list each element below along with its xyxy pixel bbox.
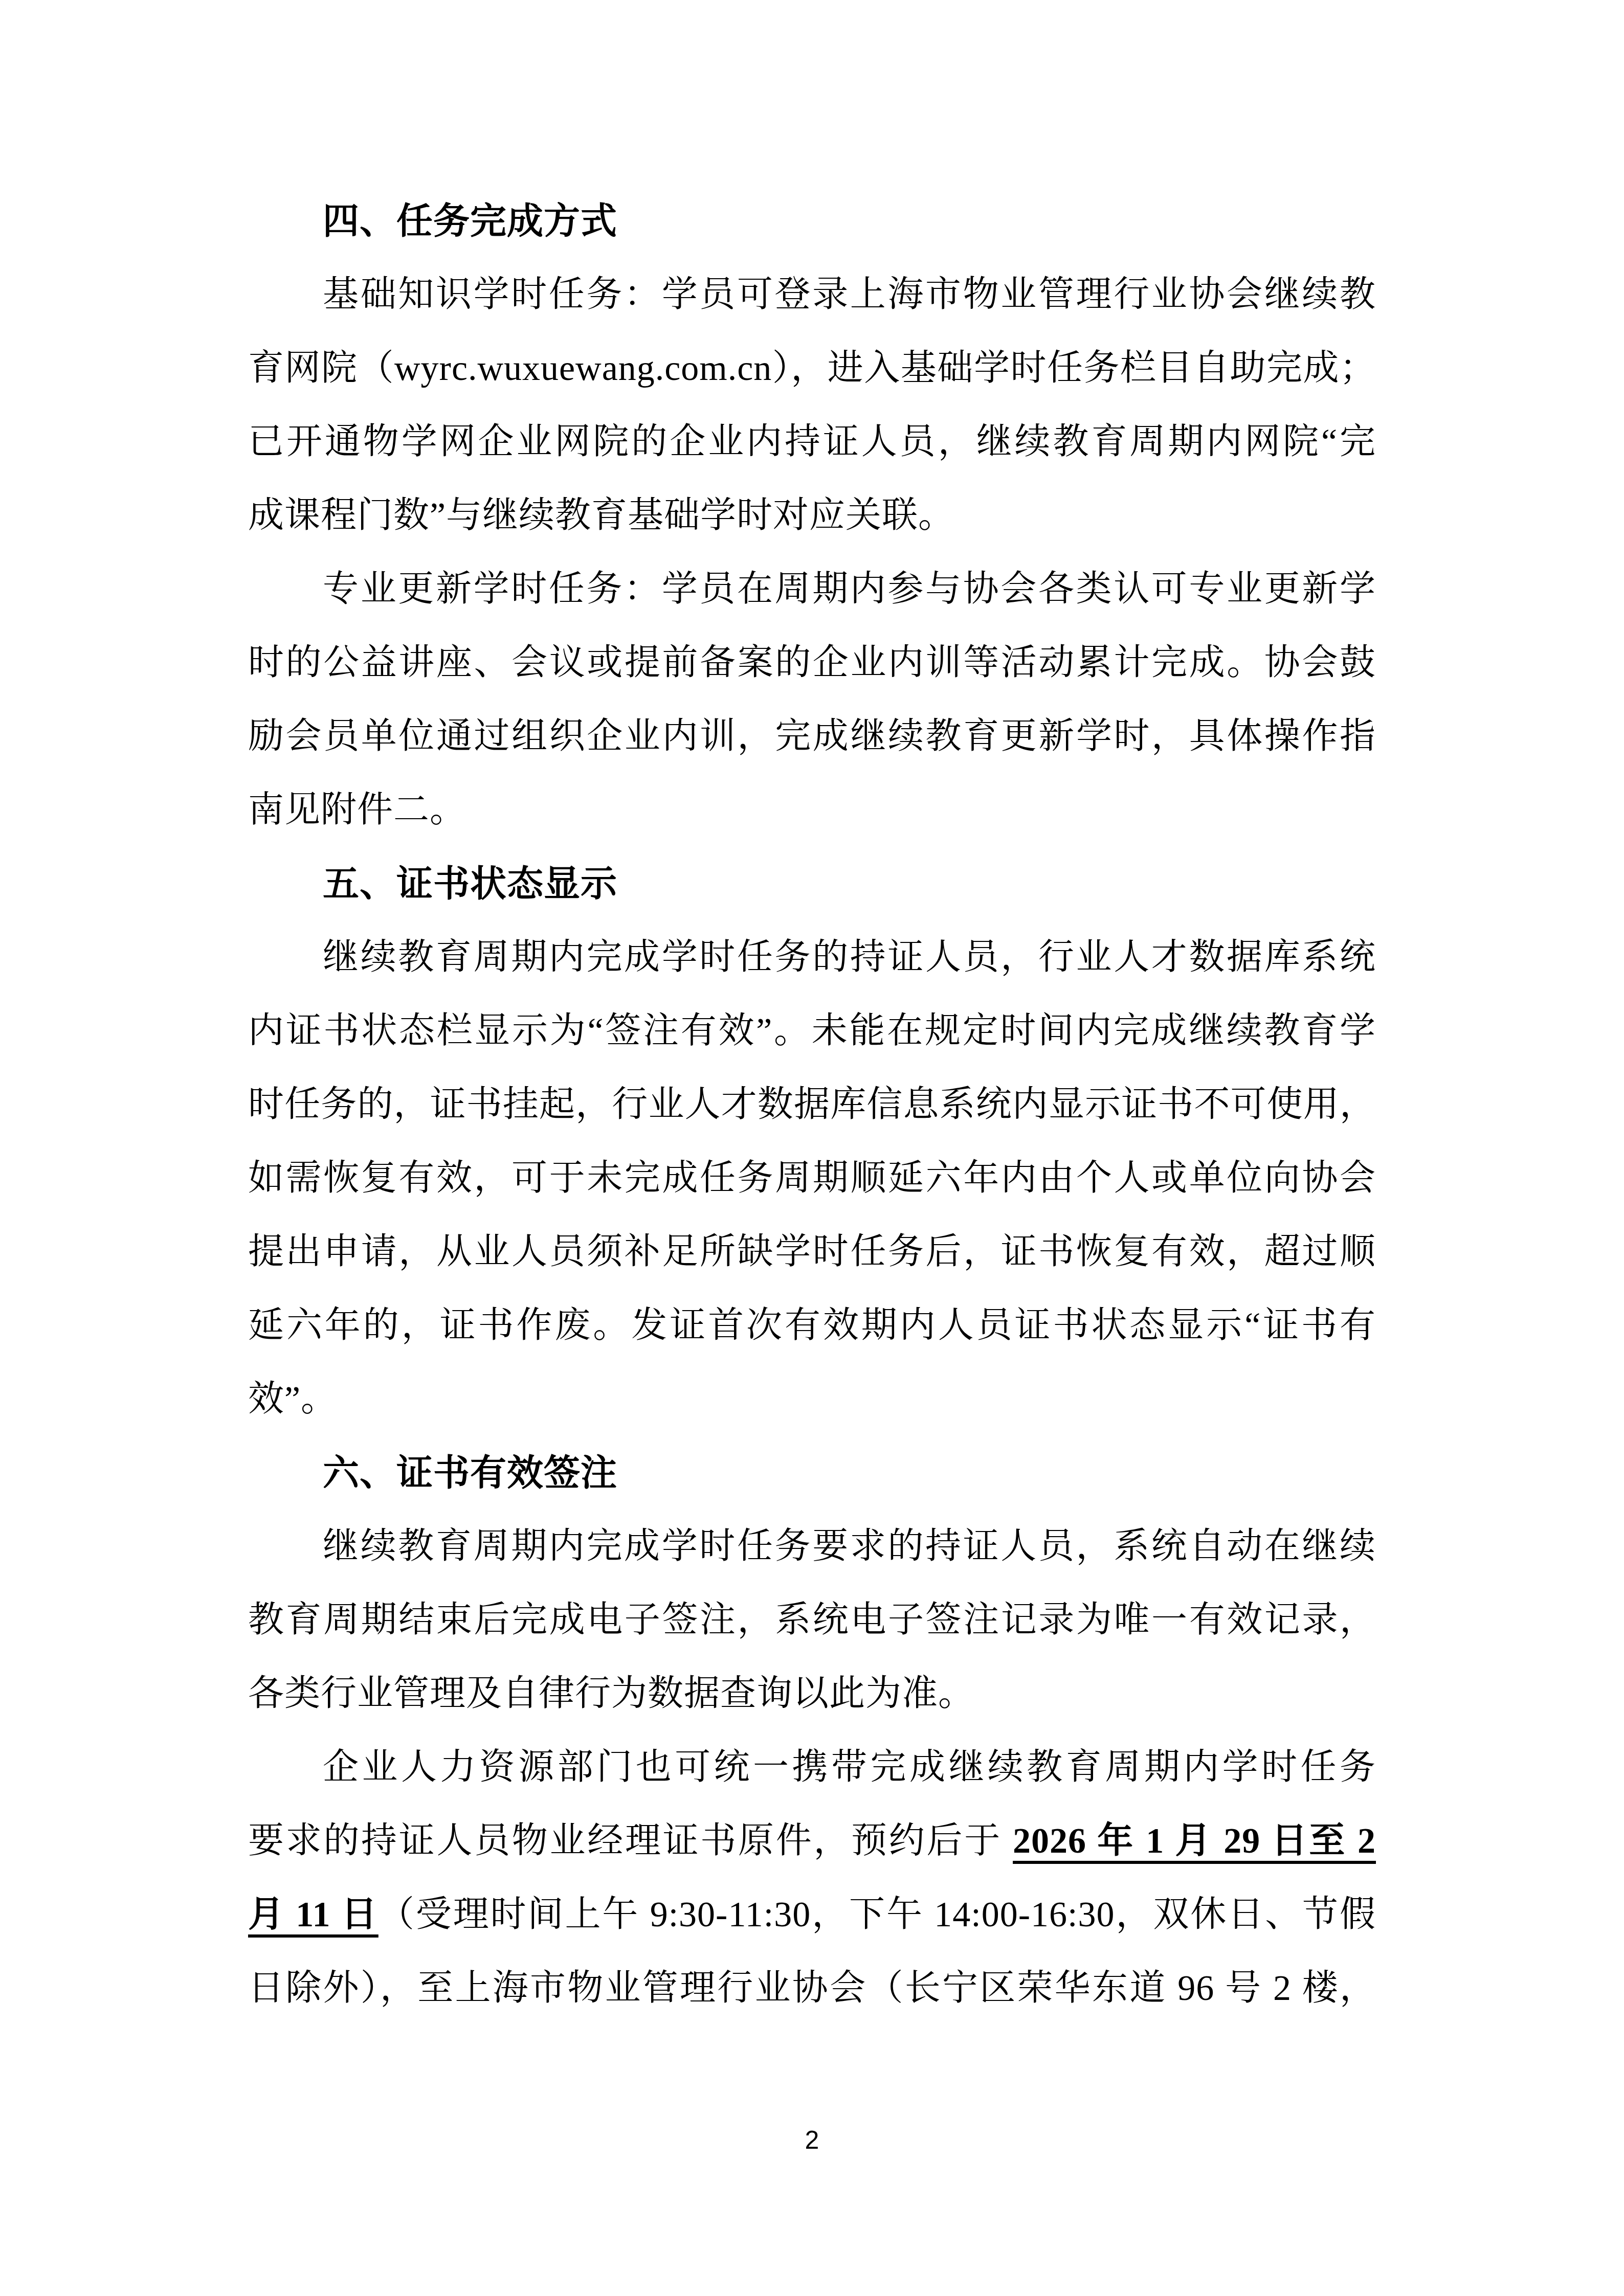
date-range-emphasis: 月 11 日 xyxy=(248,1895,379,1934)
text-segment: （受理时间上午 9:30-11:30，下午 14:00-16:30，双休日、节假 xyxy=(379,1895,1376,1934)
text-segment: 专业更新学时任务：学员在周期内参与协会各类认可专业更新学 xyxy=(323,570,1376,609)
text-segment: 企业人力资源部门也可统一携带完成继续教育周期内学时任务 xyxy=(323,1748,1376,1787)
text-segment: 提出申请，从业人员须补足所缺学时任务后，证书恢复有效，超过顺 xyxy=(248,1232,1376,1272)
text-line: 教育周期结束后完成电子签注，系统电子签注记录为唯一有效记录， xyxy=(248,1584,1376,1657)
text-segment: 励会员单位通过组织企业内训，完成继续教育更新学时，具体操作指 xyxy=(248,717,1376,756)
text-segment: 教育周期结束后完成电子签注，系统电子签注记录为唯一有效记录， xyxy=(248,1601,1376,1640)
text-line: 基础知识学时任务：学员可登录上海市物业管理行业协会继续教 xyxy=(248,258,1376,332)
text-segment: 时任务的，证书挂起，行业人才数据库信息系统内显示证书不可使用， xyxy=(248,1085,1376,1124)
text-line: 效”。 xyxy=(248,1363,1376,1436)
text-line: 专业更新学时任务：学员在周期内参与协会各类认可专业更新学 xyxy=(248,553,1376,626)
text-segment: 各类行业管理及自律行为数据查询以此为准。 xyxy=(248,1674,974,1714)
text-segment: 继续教育周期内完成学时任务要求的持证人员，系统自动在继续 xyxy=(323,1527,1376,1566)
text-line: 要求的持证人员物业经理证书原件，预约后于 2026 年 1 月 29 日至 2 xyxy=(248,1805,1376,1878)
text-segment: 延六年的，证书作废。发证首次有效期内人员证书状态显示“证书有 xyxy=(248,1306,1376,1345)
text-segment: 日除外），至上海市物业管理行业协会（长宁区荣华东道 96 号 2 楼， xyxy=(248,1969,1376,2008)
text-line: 南见附件二。 xyxy=(248,774,1376,847)
text-line: 时的公益讲座、会议或提前备案的企业内训等活动累计完成。协会鼓 xyxy=(248,626,1376,700)
text-segment: 要求的持证人员物业经理证书原件，预约后于 xyxy=(248,1821,1013,1861)
text-line: 成课程门数”与继续教育基础学时对应关联。 xyxy=(248,479,1376,553)
text-segment: 南见附件二。 xyxy=(248,791,466,830)
text-line: 企业人力资源部门也可统一携带完成继续教育周期内学时任务 xyxy=(248,1731,1376,1805)
text-segment: 如需恢复有效，可于未完成任务周期顺延六年内由个人或单位向协会 xyxy=(248,1159,1376,1198)
text-line: 各类行业管理及自律行为数据查询以此为准。 xyxy=(248,1657,1376,1731)
text-line: 已开通物学网企业网院的企业内持证人员，继续教育周期内网院“完 xyxy=(248,406,1376,479)
text-segment: 基础知识学时任务：学员可登录上海市物业管理行业协会继续教 xyxy=(323,275,1376,314)
document-page: 四、任务完成方式基础知识学时任务：学员可登录上海市物业管理行业协会继续教育网院（… xyxy=(0,0,1624,2296)
text-segment: 内证书状态栏显示为“签注有效”。未能在规定时间内完成继续教育学 xyxy=(248,1011,1376,1051)
text-line: 育网院（wyrc.wuxuewang.com.cn），进入基础学时任务栏目自助完… xyxy=(248,332,1376,406)
text-line: 继续教育周期内完成学时任务的持证人员，行业人才数据库系统 xyxy=(248,921,1376,995)
text-line: 继续教育周期内完成学时任务要求的持证人员，系统自动在继续 xyxy=(248,1510,1376,1584)
text-line: 月 11 日（受理时间上午 9:30-11:30，下午 14:00-16:30，… xyxy=(248,1878,1376,1952)
section-heading: 五、证书状态显示 xyxy=(248,847,1376,921)
text-line: 内证书状态栏显示为“签注有效”。未能在规定时间内完成继续教育学 xyxy=(248,995,1376,1068)
document-body: 四、任务完成方式基础知识学时任务：学员可登录上海市物业管理行业协会继续教育网院（… xyxy=(248,185,1376,2025)
text-line: 如需恢复有效，可于未完成任务周期顺延六年内由个人或单位向协会 xyxy=(248,1142,1376,1215)
text-segment: 已开通物学网企业网院的企业内持证人员，继续教育周期内网院“完 xyxy=(248,422,1376,462)
text-segment: 效”。 xyxy=(248,1380,337,1419)
text-line: 时任务的，证书挂起，行业人才数据库信息系统内显示证书不可使用， xyxy=(248,1068,1376,1142)
text-line: 励会员单位通过组织企业内训，完成继续教育更新学时，具体操作指 xyxy=(248,700,1376,774)
text-segment: 时的公益讲座、会议或提前备案的企业内训等活动累计完成。协会鼓 xyxy=(248,643,1376,683)
text-segment: 育网院（wyrc.wuxuewang.com.cn），进入基础学时任务栏目自助完… xyxy=(248,349,1376,388)
text-segment: 继续教育周期内完成学时任务的持证人员，行业人才数据库系统 xyxy=(323,938,1376,977)
section-heading: 四、任务完成方式 xyxy=(248,185,1376,258)
text-segment: 成课程门数”与继续教育基础学时对应关联。 xyxy=(248,496,954,535)
section-heading: 六、证书有效签注 xyxy=(248,1436,1376,1510)
page-number: 2 xyxy=(0,2125,1624,2155)
date-range-emphasis: 2026 年 1 月 29 日至 2 xyxy=(1013,1821,1376,1861)
text-line: 提出申请，从业人员须补足所缺学时任务后，证书恢复有效，超过顺 xyxy=(248,1215,1376,1289)
text-line: 延六年的，证书作废。发证首次有效期内人员证书状态显示“证书有 xyxy=(248,1289,1376,1363)
text-line: 日除外），至上海市物业管理行业协会（长宁区荣华东道 96 号 2 楼， xyxy=(248,1952,1376,2025)
